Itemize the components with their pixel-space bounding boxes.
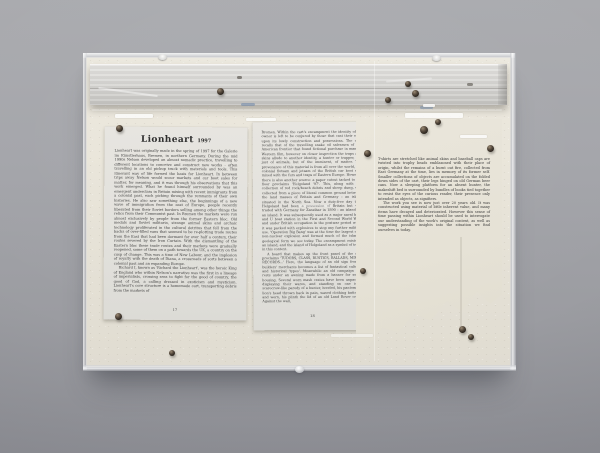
push-pin <box>115 313 122 320</box>
torn-sheet-paragraph-1: T-shirts are stretched like animal skins… <box>378 157 490 201</box>
acrylic-stud <box>295 366 304 373</box>
backing-panel: Lionheart 1997 Lionheart was originally … <box>86 57 511 367</box>
screw-cap <box>432 55 441 61</box>
push-pin <box>405 81 411 87</box>
push-pin <box>412 90 419 97</box>
page-number: 18 <box>253 314 371 319</box>
torn-sheet: T-shirts are stretched like animal skins… <box>356 119 502 359</box>
pencil-mark <box>467 83 473 86</box>
batten-end-cap <box>498 64 507 105</box>
wooden-batten <box>90 64 507 105</box>
plexi-edge-right <box>510 53 516 370</box>
acrylic-box-frame: Lionheart 1997 Lionheart was originally … <box>86 57 511 367</box>
torn-sheet-paragraph-2: The work you see is now just over 20 yea… <box>378 201 490 232</box>
tape-strip <box>460 135 487 138</box>
page-middle-paragraph-1: Bremen. Within the cart's encampment the… <box>261 130 362 252</box>
reflection-streak <box>92 109 502 111</box>
plexi-edge-top <box>83 53 515 58</box>
page-left-paragraph-1: Lionheart was originally made in the spr… <box>114 149 238 267</box>
push-pin <box>459 326 466 333</box>
page-middle: Bremen. Within the cart's encampment the… <box>252 122 371 331</box>
artwork-title: Lionheart <box>141 135 194 145</box>
gallery-photo: { "artwork": { "title": "Lionheart", "ye… <box>0 0 600 453</box>
push-pin <box>116 125 123 132</box>
push-pin <box>435 119 441 125</box>
page-left-paragraph-2: Richard I, known as 'Richard the Lionhea… <box>114 266 237 294</box>
push-pin <box>420 126 428 134</box>
tape-strip <box>115 114 153 118</box>
tape-strip <box>246 118 276 121</box>
page-number: 17 <box>103 307 246 312</box>
blue-paint-dab <box>241 103 255 106</box>
push-pin <box>468 334 474 340</box>
pencil-mark <box>237 76 242 79</box>
page-middle-paragraph-2: A board that makes up the front panel of… <box>262 251 362 304</box>
push-pin <box>169 350 175 356</box>
page-left: Lionheart 1997 Lionheart was originally … <box>103 127 247 321</box>
page-title: Lionheart 1997 <box>115 135 238 146</box>
push-pin <box>487 145 494 152</box>
screw-cap <box>158 54 167 60</box>
push-pin <box>385 97 391 103</box>
artwork-year: 1997 <box>197 138 211 144</box>
tape-strip <box>423 104 435 107</box>
push-pin <box>360 268 366 274</box>
plexi-edge-left <box>83 53 87 370</box>
push-pin <box>364 150 371 157</box>
push-pin <box>217 88 224 95</box>
batten-seam <box>90 88 507 89</box>
tape-strip <box>331 334 373 337</box>
tape-strip <box>405 113 463 118</box>
